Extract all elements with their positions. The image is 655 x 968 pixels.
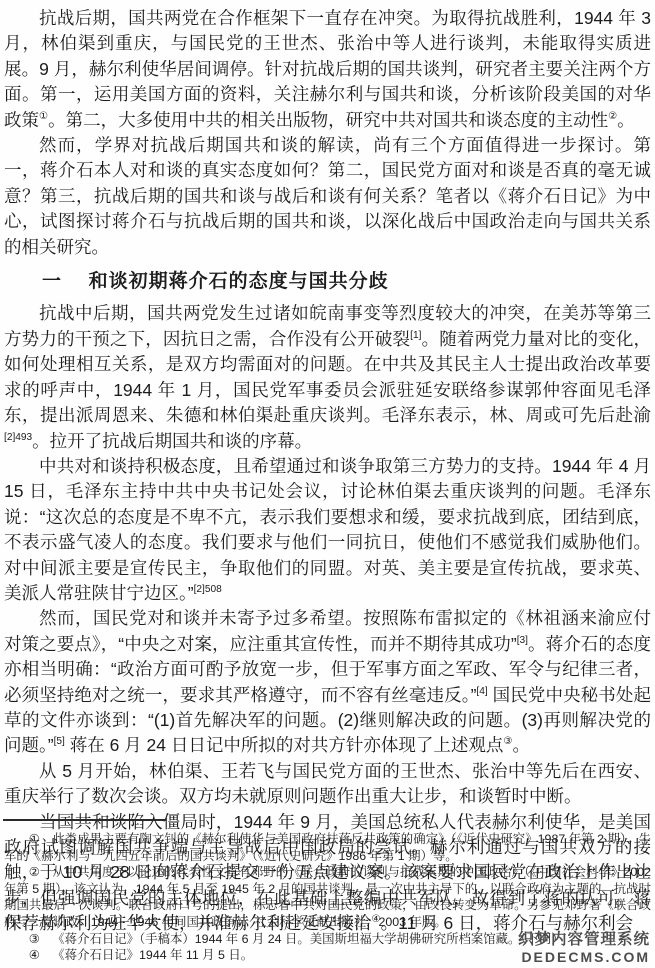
footnote-1: ①此类成果主要有陶文钊的《赫尔利使华与美国政府扶蒋反共政策的确定》（《近代史研究… xyxy=(4,831,651,864)
paragraph-body-4: 从 5 月开始，林伯渠、王若飞与国民党方面的王世杰、张治中等先后在西安、重庆举行… xyxy=(4,759,651,810)
footnote-text: 此类成果主要有陶文钊的《赫尔利使华与美国政府扶蒋反共政策的确定》（《近代史研究》… xyxy=(4,832,651,863)
footnote-text: 《蒋介石日记》1944 年 11 月 5 日。 xyxy=(52,948,253,962)
section-heading: 一和谈初期蒋介石的态度与国共分歧 xyxy=(4,269,651,294)
paragraph-intro-1: 抗战后期，国共两党在合作框架下一直存在冲突。为取得抗战胜利，1944 年 3 月… xyxy=(4,6,651,133)
footnote-text: 从中共角度予以论述的代表性文章有邓野的《联合政府的谈判与抗战末期的中国政治》（《… xyxy=(4,865,651,929)
section-number: 一 xyxy=(42,271,62,292)
footnote-2: ②从中共角度予以论述的代表性文章有邓野的《联合政府的谈判与抗战末期的中国政治》（… xyxy=(4,864,651,930)
footnote-text: 《蒋介石日记》（手稿本）1944 年 6 月 24 日。美国斯坦福大学胡佛研究所… xyxy=(52,932,564,946)
paragraph-body-3: 然而，国民党对和谈并未寄予过多希望。按照陈布雷拟定的《林祖涵来渝应付对策之要点》… xyxy=(4,606,651,758)
site-watermark: 织梦内容管理系统 DEDECMS.COM xyxy=(518,931,650,965)
footnote-marker: ④ xyxy=(29,948,40,962)
footnote-marker: ① xyxy=(29,832,40,846)
paragraph-body-2: 中共对和谈持积极态度，且希望通过和谈争取第三方势力的支持。1944 年 4 月 … xyxy=(4,454,651,606)
footnote-marker: ③ xyxy=(29,932,40,946)
paragraph-body-1: 抗战中后期，国共两党发生过诸如皖南事变等烈度较大的冲突，在美苏等第三方势力的干预… xyxy=(4,301,651,453)
footnote-marker: ② xyxy=(29,865,40,879)
footnote-separator xyxy=(3,819,166,821)
watermark-chinese: 织梦内容管理系统 xyxy=(518,931,650,949)
article-body: 抗战后期，国共两党在合作框架下一直存在冲突。为取得抗战胜利，1944 年 3 月… xyxy=(4,6,651,937)
paragraph-intro-2: 然而，学界对抗战后期国共和谈的解读，尚有三个方面值得进一步探讨。第一，蒋介石本人… xyxy=(4,133,651,260)
section-title: 和谈初期蒋介石的态度与国共分歧 xyxy=(89,271,389,292)
watermark-domain: DEDECMS.COM xyxy=(518,949,650,965)
document-page: 抗战后期，国共两党在合作框架下一直存在冲突。为取得抗战胜利，1944 年 3 月… xyxy=(0,0,655,968)
